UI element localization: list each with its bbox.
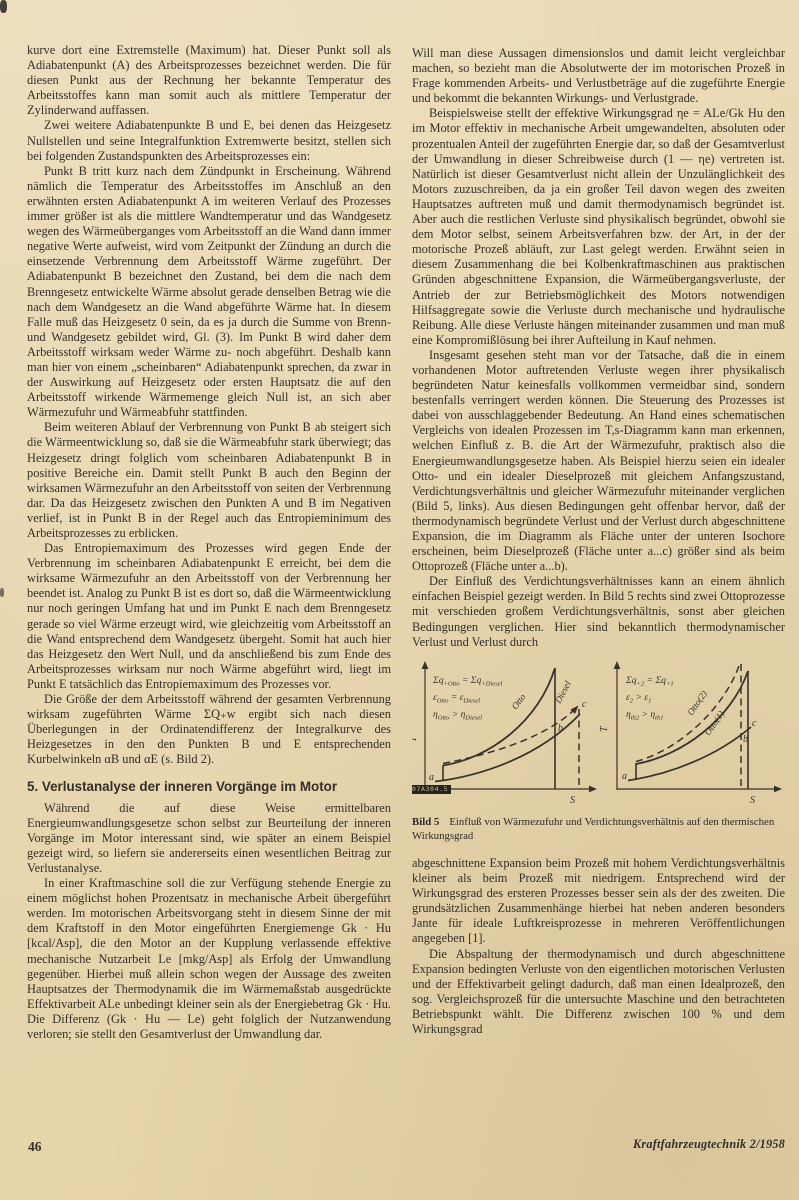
archive-stamp: 07A304.5: [412, 785, 451, 794]
annotation-line: Σq+Otto = Σq+Diesel: [433, 674, 502, 691]
lower-isochore-curve: [628, 727, 751, 781]
ts-diagrams: T S Otto Diesel a b c Σq+Otto = Σq+Diese…: [412, 660, 785, 810]
ts-diagram-otto-vs-diesel: T S Otto Diesel a b c Σq+Otto = Σq+Diese…: [412, 660, 598, 810]
annotation-line: Σq+2 = Σq+1: [626, 674, 674, 691]
right-column: Will man diese Aussagen dimensionslos un…: [412, 46, 785, 1138]
figure-caption: Bild 5Einfluß von Wärmezufuhr und Verdic…: [412, 815, 785, 844]
y-axis-arrow-icon: [422, 661, 429, 669]
y-axis-arrow-icon: [614, 661, 621, 669]
paragraph: Die Größe der dem Arbeitsstoff während d…: [27, 692, 391, 767]
point-a-label: a: [429, 772, 434, 783]
scanned-journal-page: kurve dort eine Extremstelle (Maximum) h…: [0, 0, 799, 1200]
y-axis-label: T: [599, 725, 610, 732]
otto2-curve-label: Otto(2): [685, 689, 709, 718]
journal-footer: Kraftfahrzeugtechnik 2/1958: [485, 1137, 785, 1152]
paragraph: Beim weiteren Ablauf der Verbrennung von…: [27, 420, 391, 541]
ts-diagram-two-otto: T S Otto(2) Otto(1) a b c Σq+2 = Σq+1 ε2…: [599, 660, 785, 810]
x-axis-label: S: [750, 795, 755, 806]
annotation-line: ηth2 > ηth1: [626, 708, 674, 725]
paragraph: kurve dort eine Extremstelle (Maximum) h…: [27, 43, 391, 118]
paragraph: Der Einfluß des Verdichtungsverhältnisse…: [412, 574, 785, 649]
paragraph: Während die auf diese Weise ermittelbare…: [27, 801, 391, 876]
otto-curve-label: Otto: [510, 692, 528, 711]
paragraph: Punkt B tritt kurz nach dem Zündpunkt in…: [27, 164, 391, 421]
paragraph: In einer Kraftmaschine soll die zur Verf…: [27, 876, 391, 1042]
scan-speck: [0, 0, 7, 13]
figure-caption-text: Einfluß von Wärmezufuhr und Verdichtungs…: [412, 816, 774, 843]
right-diagram-annotations: Σq+2 = Σq+1 ε2 > ε1 ηth2 > ηth1: [626, 674, 674, 726]
paragraph: Zwei weitere Adiabatenpunkte B und E, be…: [27, 118, 391, 163]
scan-speck: [0, 588, 4, 597]
left-diagram-annotations: Σq+Otto = Σq+Diesel εOtto = εDiesel ηOtt…: [433, 674, 502, 726]
left-column: kurve dort eine Extremstelle (Maximum) h…: [27, 43, 391, 1137]
diesel-curve-label: Diesel: [553, 679, 574, 706]
paragraph: Will man diese Aussagen dimensionslos un…: [412, 46, 785, 106]
point-b-label: b: [743, 734, 748, 745]
paragraph: Das Entropiemaximum des Prozesses wird g…: [27, 541, 391, 692]
paragraph: Insgesamt gesehen steht man vor der Tats…: [412, 348, 785, 574]
point-a-label: a: [622, 771, 627, 782]
figure-caption-label: Bild 5: [412, 816, 439, 828]
annotation-line: εOtto = εDiesel: [433, 691, 502, 708]
y-axis-label: T: [412, 735, 419, 742]
annotation-line: ηOtto > ηDiesel: [433, 708, 502, 725]
annotation-line: ε2 > ε1: [626, 691, 674, 708]
paragraph: abgeschnittene Expansion beim Prozeß mit…: [412, 856, 785, 947]
otto1-curve-label: Otto(1): [702, 709, 727, 738]
point-c-label: c: [582, 699, 587, 710]
point-b-label: b: [558, 723, 563, 734]
page-number: 46: [28, 1139, 42, 1155]
section-heading: 5. Verlustanalyse der inneren Vorgänge i…: [27, 779, 391, 794]
x-axis-arrow-icon: [589, 785, 597, 792]
paragraph: Beispielsweise stellt der effektive Wirk…: [412, 106, 785, 348]
point-c-label: c: [752, 718, 757, 729]
figure-bild-5: T S Otto Diesel a b c Σq+Otto = Σq+Diese…: [412, 660, 785, 844]
x-axis-arrow-icon: [774, 785, 782, 792]
paragraph: Die Abspaltung der thermodynamisch und d…: [412, 947, 785, 1038]
x-axis-label: S: [570, 795, 575, 806]
